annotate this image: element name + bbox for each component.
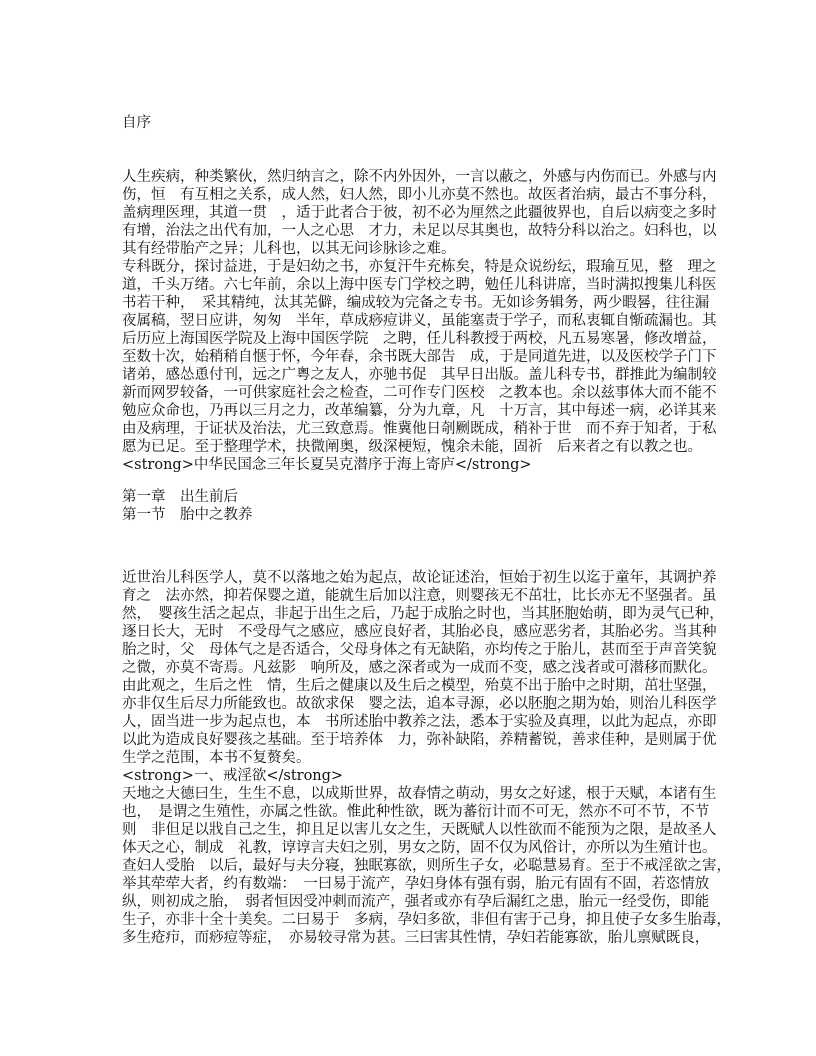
text-line: 纵，则初成之胎， 弱者恒因受冲刺而流产，强者或亦有孕后漏红之患，胎元一经受伤，即… xyxy=(122,893,731,911)
chapter-heading: 第一章 出生前后 xyxy=(122,488,253,506)
text-line: 新而网罗较备，一可供家庭社会之检查，二可作专门医校 之教本也。余以兹事体大而不能… xyxy=(122,384,717,402)
text-line: 由及病理，于证状及治法，尤三致意焉。惟冀他日剞劂既成，稍补于世 而不弃于知者，于… xyxy=(122,420,717,438)
preface-body: 人生疾病，种类繁伙，然归纳言之，除不内外因外，一言以蔽之，外感与内伤而已。外感与… xyxy=(122,168,717,474)
text-line: <strong>一、戒淫欲</strong> xyxy=(122,767,731,785)
text-line: 查妇人受胎 以后，最好与夫分寝，独眠寡欲，则所生子女，必聪慧易育。至于不戒淫欲之… xyxy=(122,857,731,875)
chapter-header: 第一章 出生前后 第一节 胎中之教养 xyxy=(122,488,253,524)
text-line: 举其荦荦大者，约有数端： 一曰易于流产，孕妇身体有强有弱，胎元有固有不固，若恣情… xyxy=(122,875,731,893)
text-line: 至数十次，始稍稍自惬于怀，今年春，余书既大部告 成，于是同道先进，以及医校学子门… xyxy=(122,348,717,366)
text-line: 后历应上海国医学院及上海中国医学院 之聘，任儿科教授于两校，凡五易寒暑，修改增益… xyxy=(122,330,717,348)
text-line: 诸弟，感怂恿付刊，远之广粤之友人，亦驰书促 其早日出版。盖儿科专书，群推此为编制… xyxy=(122,366,717,384)
text-line: 由此观之，生后之性 情，生后之健康以及生后之模型，殆莫不出于胎中之时期，茁壮坚强… xyxy=(122,677,731,695)
text-line: 育之 法亦然，抑若保婴之道，能就生后加以注意，则婴孩无不茁壮，比长亦无不坚强者。… xyxy=(122,587,731,605)
text-line: 以此为造成良好婴孩之基础。至于培养体 力，弥补缺陷，养精蓄锐，善求佳种，是则属于… xyxy=(122,731,731,749)
text-line: 然， 婴孩生活之起点，非起于出生之后，乃起于成胎之时也，当其胚胞始萌，即为灵气已… xyxy=(122,605,731,623)
text-line: 夜属稿，翌日应讲，匆匆 半年，草成痧痘讲义，虽能塞责于学子，而私衷辄自惭疏漏也。… xyxy=(122,312,717,330)
text-line: 也， 是谓之生殖性，亦属之性欲。惟此种性欲，既为蕃衍计而不可无，然亦不可不节，不… xyxy=(122,803,731,821)
text-line: 盖病理医理，其道一贯 ，适于此者合于彼，初不必为厘然之此疆彼界也，自后以病变之多… xyxy=(122,204,717,222)
text-line: 天地之大德曰生，生生不息，以成斯世界，故春情之萌动，男女之好逑，根于天赋，本诸有… xyxy=(122,785,731,803)
text-line: 胎之时，父 母体气之是否适合，父母身体之有无缺陷，亦均传之于胎儿，甚而至于声音笑… xyxy=(122,641,731,659)
text-line: 有增，治法之出代有加，一人之心思 才力，未足以尽其奥也，故特分科以治之。妇科也，… xyxy=(122,222,717,240)
preface-title: 自序 xyxy=(122,114,151,132)
text-line: 人，固当进一步为起点也，本 书所述胎中教养之法，悉本于实验及真理，以此为起点，亦… xyxy=(122,713,731,731)
preface-title-text: 自序 xyxy=(122,114,151,132)
text-line: 勉应众命也，乃再以三月之力，改革编纂，分为九章，凡 十万言，其中每述一病，必详其… xyxy=(122,402,717,420)
text-line: 近世治儿科医学人，莫不以落地之始为起点，故论证述治，恒始于初生以迄于童年，其调护… xyxy=(122,569,731,587)
text-line: 之微，亦莫不寄焉。凡兹影 响所及，感之深者或为一成而不变，感之浅者或可潜移而默化… xyxy=(122,659,731,677)
text-line: 书若干种， 采其精纯，汰其芜僻，编成较为完备之专书。无如诊务辑务，两少暇晷，往往… xyxy=(122,294,717,312)
text-line: 道，千头万绪。六七年前，余以上海中医专门学校之聘，勉任儿科讲席，当时满拟搜集儿科… xyxy=(122,276,717,294)
section-heading: 第一节 胎中之教养 xyxy=(122,506,253,524)
text-line: 愿为已足。至于整理学术，抉微阐奥，级深梗短，愧余未能，固祈 后来者之有以教之也。 xyxy=(122,438,717,456)
text-line: 则 非但足以戕自己之生，抑且足以害儿女之生，天既赋人以性欲而不能预为之限，是故圣… xyxy=(122,821,731,839)
text-line: 多生疮疖，而痧痘等症， 亦易较寻常为甚。三曰害其性情，孕妇若能寡欲，胎儿禀赋既良… xyxy=(122,929,731,947)
text-line: 逐日长大，无时 不受母气之感应，感应良好者，其胎必良，感应恶劣者，其胎必劣。当其… xyxy=(122,623,731,641)
text-line: 体天之心，制成 礼教，谆谆言夫妇之别，男女之防，固不仅为风俗计，亦所以为生殖计也… xyxy=(122,839,731,857)
text-line: 人生疾病，种类繁伙，然归纳言之，除不内外因外，一言以蔽之，外感与内伤而已。外感与… xyxy=(122,168,717,186)
text-line: 其有经带胎产之异；儿科也，以其无问诊脉诊之难。 xyxy=(122,240,717,258)
text-line: 生子，亦非十全十美矣。二曰易于 多病，孕妇多欲，非但有害于己身，抑且使子女多生胎… xyxy=(122,911,731,929)
section-body: 近世治儿科医学人，莫不以落地之始为起点，故论证述治，恒始于初生以迄于童年，其调护… xyxy=(122,569,731,947)
text-line: 专科既分，探讨益进，于是妇幼之书，亦复汗牛充栋矣，特是众说纷纭，瑕瑜互见，整 理… xyxy=(122,258,717,276)
text-line: 伤，恒 有互相之关系，成人然，妇人然，即小儿亦莫不然也。故医者治病，最古不事分科… xyxy=(122,186,717,204)
text-line: 亦非仅生后尽力所能致也。故欲求保 婴之法，追本寻源，必以胚胞之期为始，则治儿科医… xyxy=(122,695,731,713)
text-line: <strong>中华民国念三年长夏吴克潜序于海上寄庐</strong> xyxy=(122,456,717,474)
text-line: 生学之范围，本书不复赘矣。 xyxy=(122,749,731,767)
